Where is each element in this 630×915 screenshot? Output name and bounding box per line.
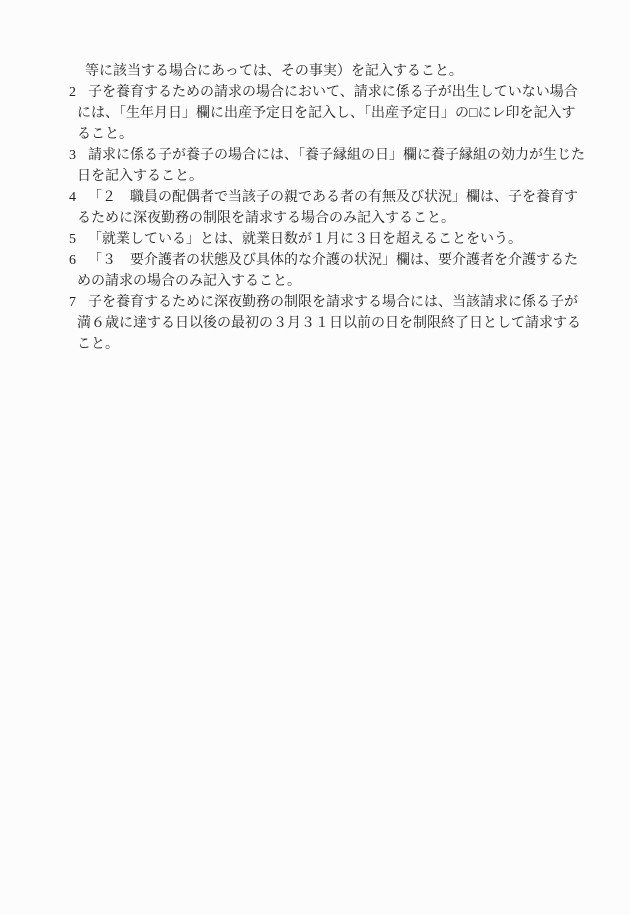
- note-text: めの請求の場合のみ記入すること。: [77, 274, 301, 289]
- document-page: 等に該当する場合にあっては、その事実）を記入すること。 2子を養育するための請求…: [0, 0, 630, 915]
- note-line: ること。: [0, 124, 630, 145]
- note-text: には、「生年月日」欄に出産予定日を記入し、「出産予定日」の□にレ印を記入す: [77, 106, 575, 121]
- note-text: るために深夜勤務の制限を請求する場合のみ記入すること。: [77, 211, 455, 226]
- note-text: 「３ 要介護者の状態及び具体的な介護の状況」欄は、要介護者を介護するた: [88, 253, 578, 268]
- note-line: 4「２ 職員の配偶者で当該子の親である者の有無及び状況」欄は、子を養育す: [0, 187, 630, 208]
- item-number: 5: [69, 229, 88, 250]
- item-number: 4: [69, 187, 88, 208]
- note-text: 子を養育するための請求の場合において、請求に係る子が出生していない場合: [88, 85, 578, 100]
- note-line: めの請求の場合のみ記入すること。: [0, 271, 630, 292]
- note-line: 6「３ 要介護者の状態及び具体的な介護の状況」欄は、要介護者を介護するた: [0, 250, 630, 271]
- note-line: こと。: [0, 334, 630, 355]
- note-text: 「２ 職員の配偶者で当該子の親である者の有無及び状況」欄は、子を養育す: [88, 190, 578, 205]
- note-line: るために深夜勤務の制限を請求する場合のみ記入すること。: [0, 208, 630, 229]
- note-text: 子を養育するために深夜勤務の制限を請求する場合には、当該請求に係る子が: [88, 295, 578, 310]
- note-line: 7子を養育するために深夜勤務の制限を請求する場合には、当該請求に係る子が: [0, 292, 630, 313]
- note-text: 等に該当する場合にあっては、その事実）を記入すること。: [85, 64, 463, 79]
- note-line: 満６歳に達する日以後の最初の３月３１日以前の日を制限終了日として請求する: [0, 313, 630, 334]
- note-text: 「就業している」とは、就業日数が１月に３日を超えることをいう。: [88, 232, 522, 247]
- item-number: 7: [69, 292, 88, 313]
- notes-list: 等に該当する場合にあっては、その事実）を記入すること。 2子を養育するための請求…: [0, 61, 630, 355]
- note-text: ること。: [77, 127, 133, 142]
- note-text: 満６歳に達する日以後の最初の３月３１日以前の日を制限終了日として請求する: [77, 316, 581, 331]
- item-number: 2: [69, 82, 88, 103]
- item-number: 6: [69, 250, 88, 271]
- note-line: には、「生年月日」欄に出産予定日を記入し、「出産予定日」の□にレ印を記入す: [0, 103, 630, 124]
- note-line: 5「就業している」とは、就業日数が１月に３日を超えることをいう。: [0, 229, 630, 250]
- item-number: 3: [69, 145, 88, 166]
- note-text: こと。: [77, 337, 119, 352]
- note-line: 2子を養育するための請求の場合において、請求に係る子が出生していない場合: [0, 82, 630, 103]
- note-line: 3請求に係る子が養子の場合には、「養子縁組の日」欄に養子縁組の効力が生じた: [0, 145, 630, 166]
- note-line: 等に該当する場合にあっては、その事実）を記入すること。: [0, 61, 630, 82]
- note-line: 日を記入すること。: [0, 166, 630, 187]
- note-text: 日を記入すること。: [77, 169, 203, 184]
- note-text: 請求に係る子が養子の場合には、「養子縁組の日」欄に養子縁組の効力が生じた: [88, 148, 585, 163]
